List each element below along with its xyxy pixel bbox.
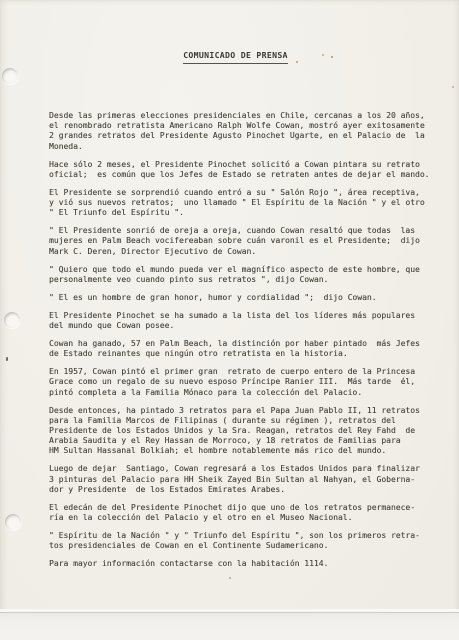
paragraph-leaders-list: El Presidente Pinochet se ha sumado a la… (49, 311, 445, 331)
punch-hole-bottom (5, 514, 21, 530)
punch-hole-middle (4, 312, 20, 328)
paragraph-cowan-quote-2: " El es un hombre de gran honor, humor y… (49, 293, 445, 303)
scan-speck (452, 86, 454, 88)
paragraph-distinction: Cowan ha ganado, 57 en Palm Beach, la di… (49, 339, 445, 359)
paragraph-intro: Desde las primeras elecciones presidenci… (49, 111, 445, 152)
paragraph-salon-rojo: El Presidente se sorprendió cuando entró… (49, 188, 445, 219)
paragraph-contact-info: Para mayor información contactarse con l… (49, 559, 445, 569)
punch-hole-top (2, 68, 18, 84)
paragraph-deren-quote: " El Presidente sonrió de oreja a oreja,… (49, 226, 445, 257)
document-title-text: COMUNICADO DE PRENSA (183, 50, 288, 64)
scan-speck (6, 357, 8, 361)
scan-speck (229, 577, 231, 579)
paragraph-aide-statement: El edecán de del Presidente Pinochet dij… (49, 503, 445, 523)
underlying-sheet (0, 613, 459, 640)
document-body: Desde las primeras elecciones presidenci… (49, 111, 445, 577)
paragraph-cowan-quote-1: " Quiero que todo el mundo pueda ver el … (49, 265, 445, 285)
paragraph-commission: Hace sólo 2 meses, el Presidente Pinoche… (49, 160, 445, 180)
paragraph-first-portraits: " Espíritu de la Nación " y " Triunfo de… (49, 531, 445, 551)
paragraph-princess-grace: En 1957, Cowan pintó el primer gran retr… (49, 367, 445, 398)
paragraph-next-plans: Luego de dejar Santiago, Cowan regresará… (49, 464, 445, 495)
document-title: COMUNICADO DE PRENSA (6, 50, 459, 64)
paragraph-portrait-history: Desde entonces, ha pintado 3 retratos pa… (49, 406, 445, 457)
press-release-page: COMUNICADO DE PRENSA Desde las primeras … (0, 0, 459, 640)
